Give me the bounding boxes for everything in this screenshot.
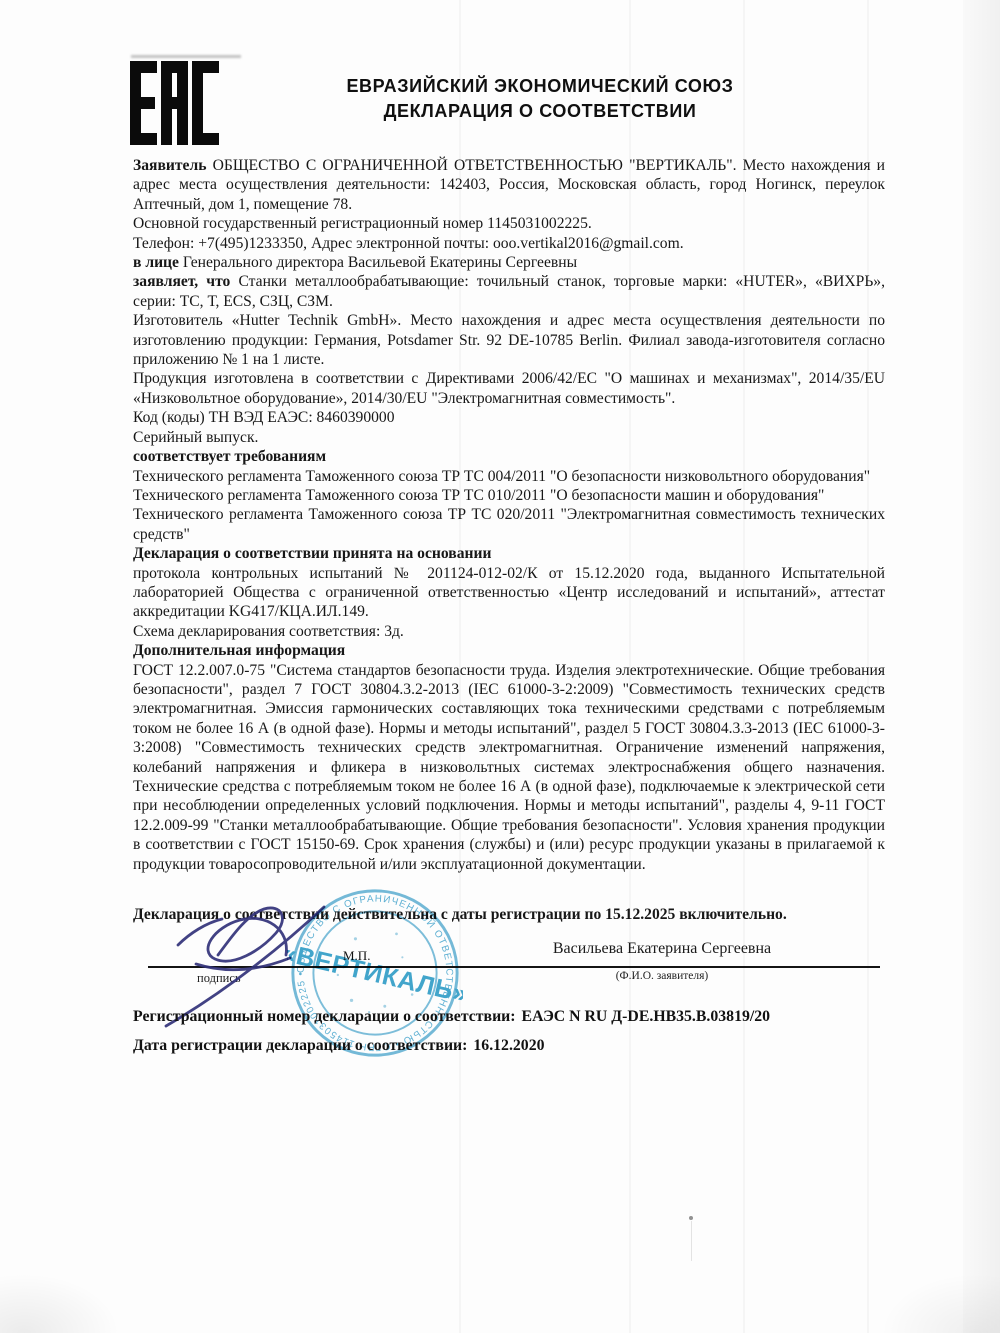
gost-paragraph: ГОСТ 12.2.007.0-75 "Система стандартов б… [133,661,885,874]
registration-date-line: Дата регистрации декларации о соответств… [133,1035,913,1056]
title-line-union: ЕВРАЗИЙСКИЙ ЭКОНОМИЧЕСКИЙ СОЮЗ [280,74,800,99]
tr-010-line: Технического регламента Таможенного союз… [133,486,885,505]
tr-020-line: Технического регламента Таможенного союз… [133,505,885,544]
page-edge-shadow [963,0,1000,1333]
applicant-text: ОБЩЕСТВО С ОГРАНИЧЕННОЙ ОТВЕТСТВЕННОСТЬЮ… [133,157,885,213]
declaration-document: ЕАС ЕВРАЗИЙСКИЙ ЭКОНОМИЧЕСКИЙ СОЮЗ ДЕКЛА… [0,0,1000,1333]
document-title: ЕВРАЗИЙСКИЙ ЭКОНОМИЧЕСКИЙ СОЮЗ ДЕКЛАРАЦИ… [280,74,800,124]
title-line-declaration: ДЕКЛАРАЦИЯ О СООТВЕТСТВИИ [280,99,800,124]
registration-date-value: 16.12.2020 [473,1037,544,1054]
protocol-paragraph: протокола контрольных испытаний № 201124… [133,564,885,622]
scan-dot [689,1216,693,1220]
scheme-line: Схема декларирования соответствия: 3д. [133,622,885,641]
scan-smudge [131,55,241,58]
ogrn-line: Основной государственный регистрационный… [133,214,885,233]
applicant-paragraph: Заявитель ОБЩЕСТВО С ОГРАНИЧЕННОЙ ОТВЕТС… [133,156,885,214]
registration-number-label: Регистрационный номер декларации о соотв… [133,1008,516,1025]
applicant-lead: Заявитель [133,157,206,174]
manufacturer-paragraph: Изготовитель «Hutter Technik GmbH». Мест… [133,311,885,369]
registration-date-label: Дата регистрации декларации о соответств… [133,1037,467,1054]
document-body: Заявитель ОБЩЕСТВО С ОГРАНИЧЕННОЙ ОТВЕТС… [133,156,885,874]
declares-text: Станки металлообрабатывающие: точильный … [133,273,885,309]
registration-number-line: Регистрационный номер декларации о соотв… [133,1006,913,1027]
eac-mark-icon: ЕАС [130,61,219,150]
person-paragraph: в лице Генерального директора Васильевой… [133,253,885,272]
tr-004-line: Технического регламента Таможенного союз… [133,467,885,486]
conforms-heading: соответствует требованиям [133,447,885,466]
scan-dot-tail [691,1221,692,1261]
directives-paragraph: Продукция изготовлена в соответствии с Д… [133,369,885,408]
stamp-center-text: «ВЕРТИКАЛЬ» [287,939,463,1009]
registration-block: Регистрационный номер декларации о соотв… [133,1006,913,1064]
serial-line: Серийный выпуск. [133,428,885,447]
applicant-name-caption: (Ф.И.О. заявителя) [528,970,796,982]
scan-shadow [0,1273,120,1333]
registration-number-value: ЕАЭС N RU Д-DE.НВ35.В.03819/20 [522,1008,771,1025]
tnved-code-line: Код (коды) ТН ВЭД ЕАЭС: 8460390000 [133,408,885,427]
phone-email-line: Телефон: +7(495)1233350, Адрес электронн… [133,234,885,253]
declares-lead: заявляет, что [133,273,230,290]
declares-paragraph: заявляет, что Станки металлообрабатывающ… [133,272,885,311]
applicant-name: Васильева Екатерина Сергеевна [528,940,796,958]
person-text: Генерального директора Васильевой Екатер… [179,254,577,271]
person-lead: в лице [133,254,179,271]
basis-heading: Декларация о соответствии принята на осн… [133,544,885,563]
additional-info-heading: Дополнительная информация [133,641,885,660]
